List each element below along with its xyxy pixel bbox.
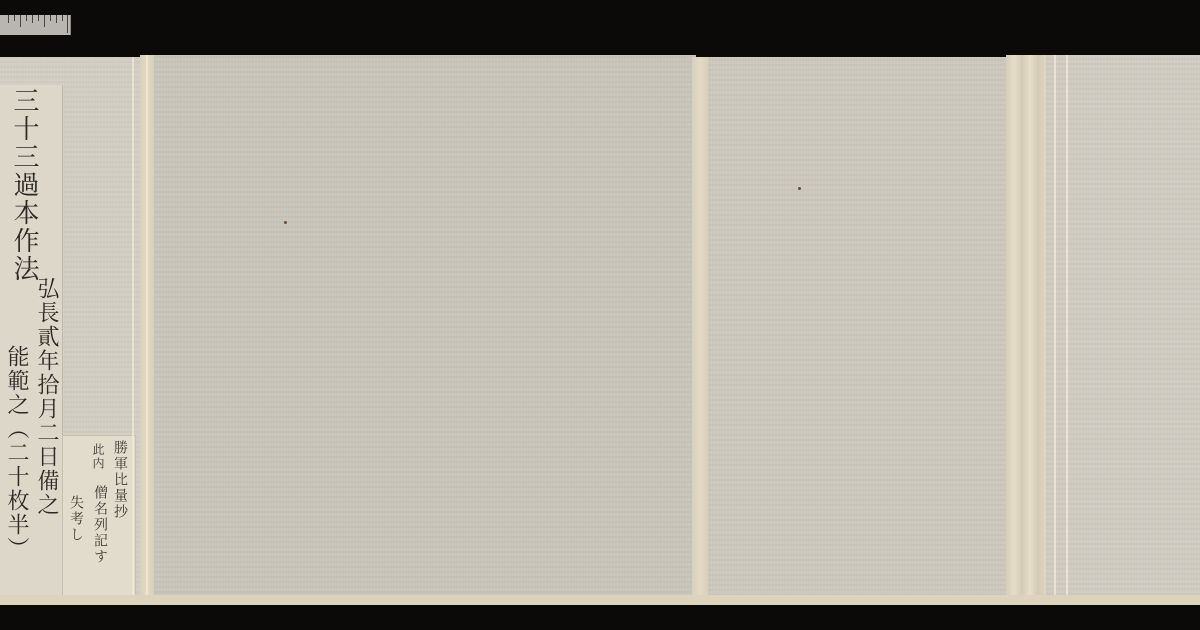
bottom-edge: [0, 595, 1200, 605]
note-line-4: 失考し: [66, 495, 86, 543]
document-title: 三十三過本作法: [10, 87, 38, 283]
middle-panel: [696, 57, 1006, 601]
note-line-1: 勝軍比量抄: [110, 440, 130, 520]
document-date: 弘長貳年拾月二日備之: [34, 277, 58, 517]
document-author: 能範之（二十枚半）: [4, 345, 28, 561]
scale-ruler: [0, 15, 71, 35]
note-line-2: 此内: [90, 443, 107, 471]
right-panel: [1006, 55, 1200, 595]
main-panel: [140, 55, 696, 603]
manuscript-scroll: 三十三過本作法 弘長貳年拾月二日備之 能範之（二十枚半） 勝軍比量抄 此内 僧名…: [0, 55, 1200, 605]
note-line-3: 僧名列記す: [90, 485, 110, 565]
